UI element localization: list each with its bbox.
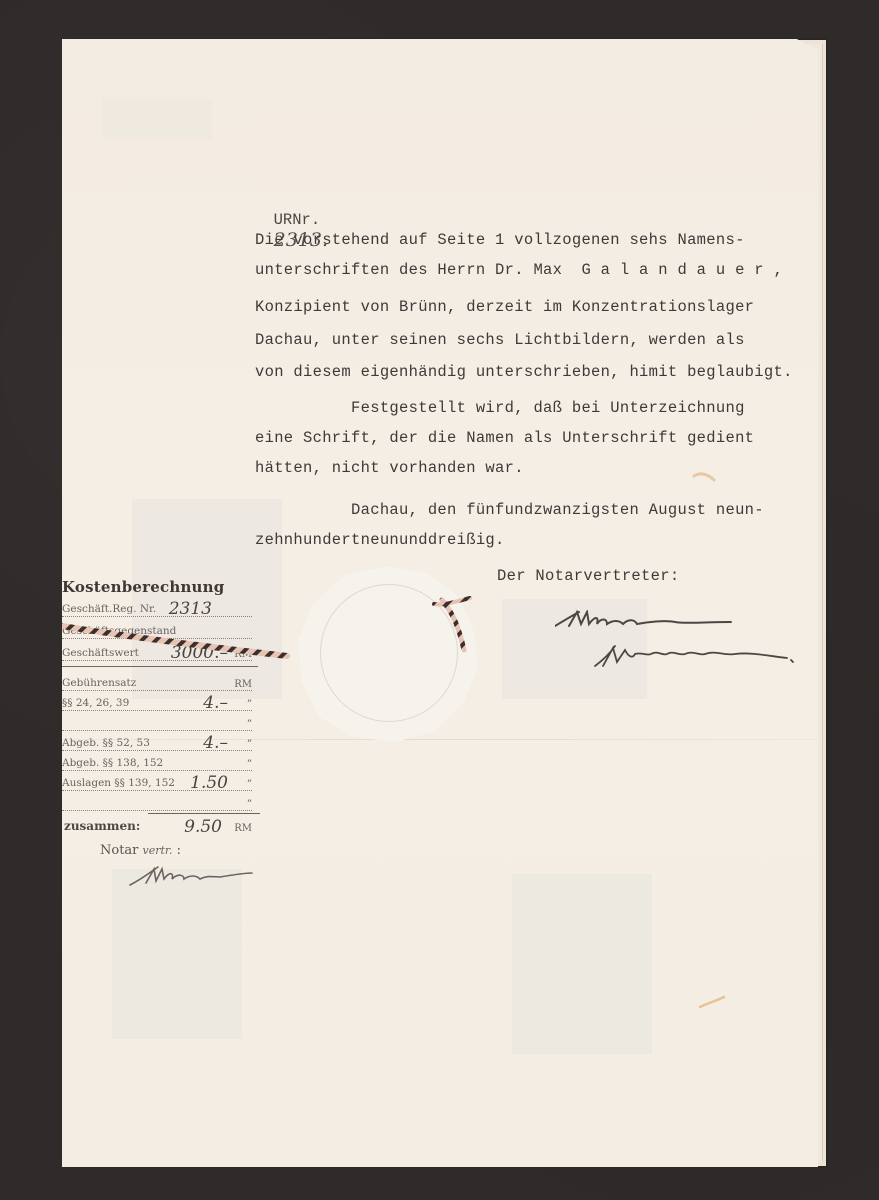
stamp-row: Abgeb. §§ 52, 53 4.– ”: [62, 734, 252, 751]
stamp-total-unit: RM: [234, 823, 252, 834]
stamp-row-unit: ”: [247, 779, 252, 790]
body-line: Dachau, unter seinen sechs Lichtbildern,…: [255, 325, 745, 355]
stamp-notary-line: Notar vertr. :: [100, 843, 181, 858]
stamp-row-unit: ”: [247, 719, 252, 730]
stamp-row-label: Gebührensatz: [62, 677, 136, 689]
notary-title: Der Notarvertreter:: [497, 561, 679, 591]
stamp-row-label: Abgeb. §§ 138, 152: [62, 757, 163, 769]
stamp-total-value: 9.50: [184, 817, 222, 837]
body-line: eine Schrift, der die Namen als Untersch…: [255, 423, 754, 453]
stamp-total-row: zusammen: 9.50 RM: [64, 818, 252, 834]
body-line: Die vorstehend auf Seite 1 vollzogenen s…: [255, 225, 745, 255]
show-through-text: [102, 99, 212, 139]
body-line: von diesem eigenhändig unterschrieben, h…: [255, 357, 793, 387]
stain-mark: [692, 468, 722, 486]
stamp-row: Abgeb. §§ 138, 152 ”: [62, 754, 252, 771]
stamp-notary-annotation: vertr.: [143, 844, 173, 857]
stain-mark: [698, 995, 728, 1011]
seal-cord: [62, 590, 492, 670]
stamp-row: Gebührensatz RM: [62, 674, 252, 691]
stamp-row-unit: ”: [247, 799, 252, 810]
stamp-total-label: zusammen:: [64, 819, 140, 833]
stamp-row-unit: ”: [247, 699, 252, 710]
body-line: zehnhundertneununddreißig.: [255, 525, 505, 555]
body-line: unterschriften des Herrn Dr. Max G a l a…: [255, 255, 783, 285]
body-line: Festgestellt wird, daß bei Unterzeichnun…: [255, 393, 745, 423]
show-through-photo: [112, 869, 242, 1039]
body-line: hätten, nicht vorhanden war.: [255, 453, 524, 483]
stamp-row: ”: [62, 794, 252, 811]
stamp-row: Auslagen §§ 139, 152 1.50 ”: [62, 774, 252, 791]
stamp-row-value: 1.50: [190, 773, 228, 793]
stamp-row-value: 4.–: [203, 693, 228, 713]
stamp-row-unit: ”: [247, 759, 252, 770]
notary-signature: [555, 610, 815, 672]
stamp-row-unit: RM: [234, 679, 252, 690]
stamp-row-label: §§ 24, 26, 39: [62, 697, 129, 709]
stamp-row-label: Auslagen §§ 139, 152: [62, 777, 175, 789]
stamp-notary-label: Notar: [100, 843, 138, 858]
stamp-row-unit: ”: [247, 739, 252, 750]
stamp-row-value: 4.–: [203, 733, 228, 753]
stamp-signature: [128, 863, 258, 889]
body-line: Dachau, den fünfundzwanzigsten August ne…: [255, 495, 764, 525]
stamp-row: §§ 24, 26, 39 4.– ”: [62, 694, 252, 711]
show-through-photo: [512, 874, 652, 1054]
stamp-row-label: Abgeb. §§ 52, 53: [62, 737, 150, 749]
stamp-total-rule: [148, 813, 260, 814]
body-line: Konzipient von Brünn, derzeit im Konzent…: [255, 292, 754, 322]
stamp-row: ”: [62, 714, 252, 731]
